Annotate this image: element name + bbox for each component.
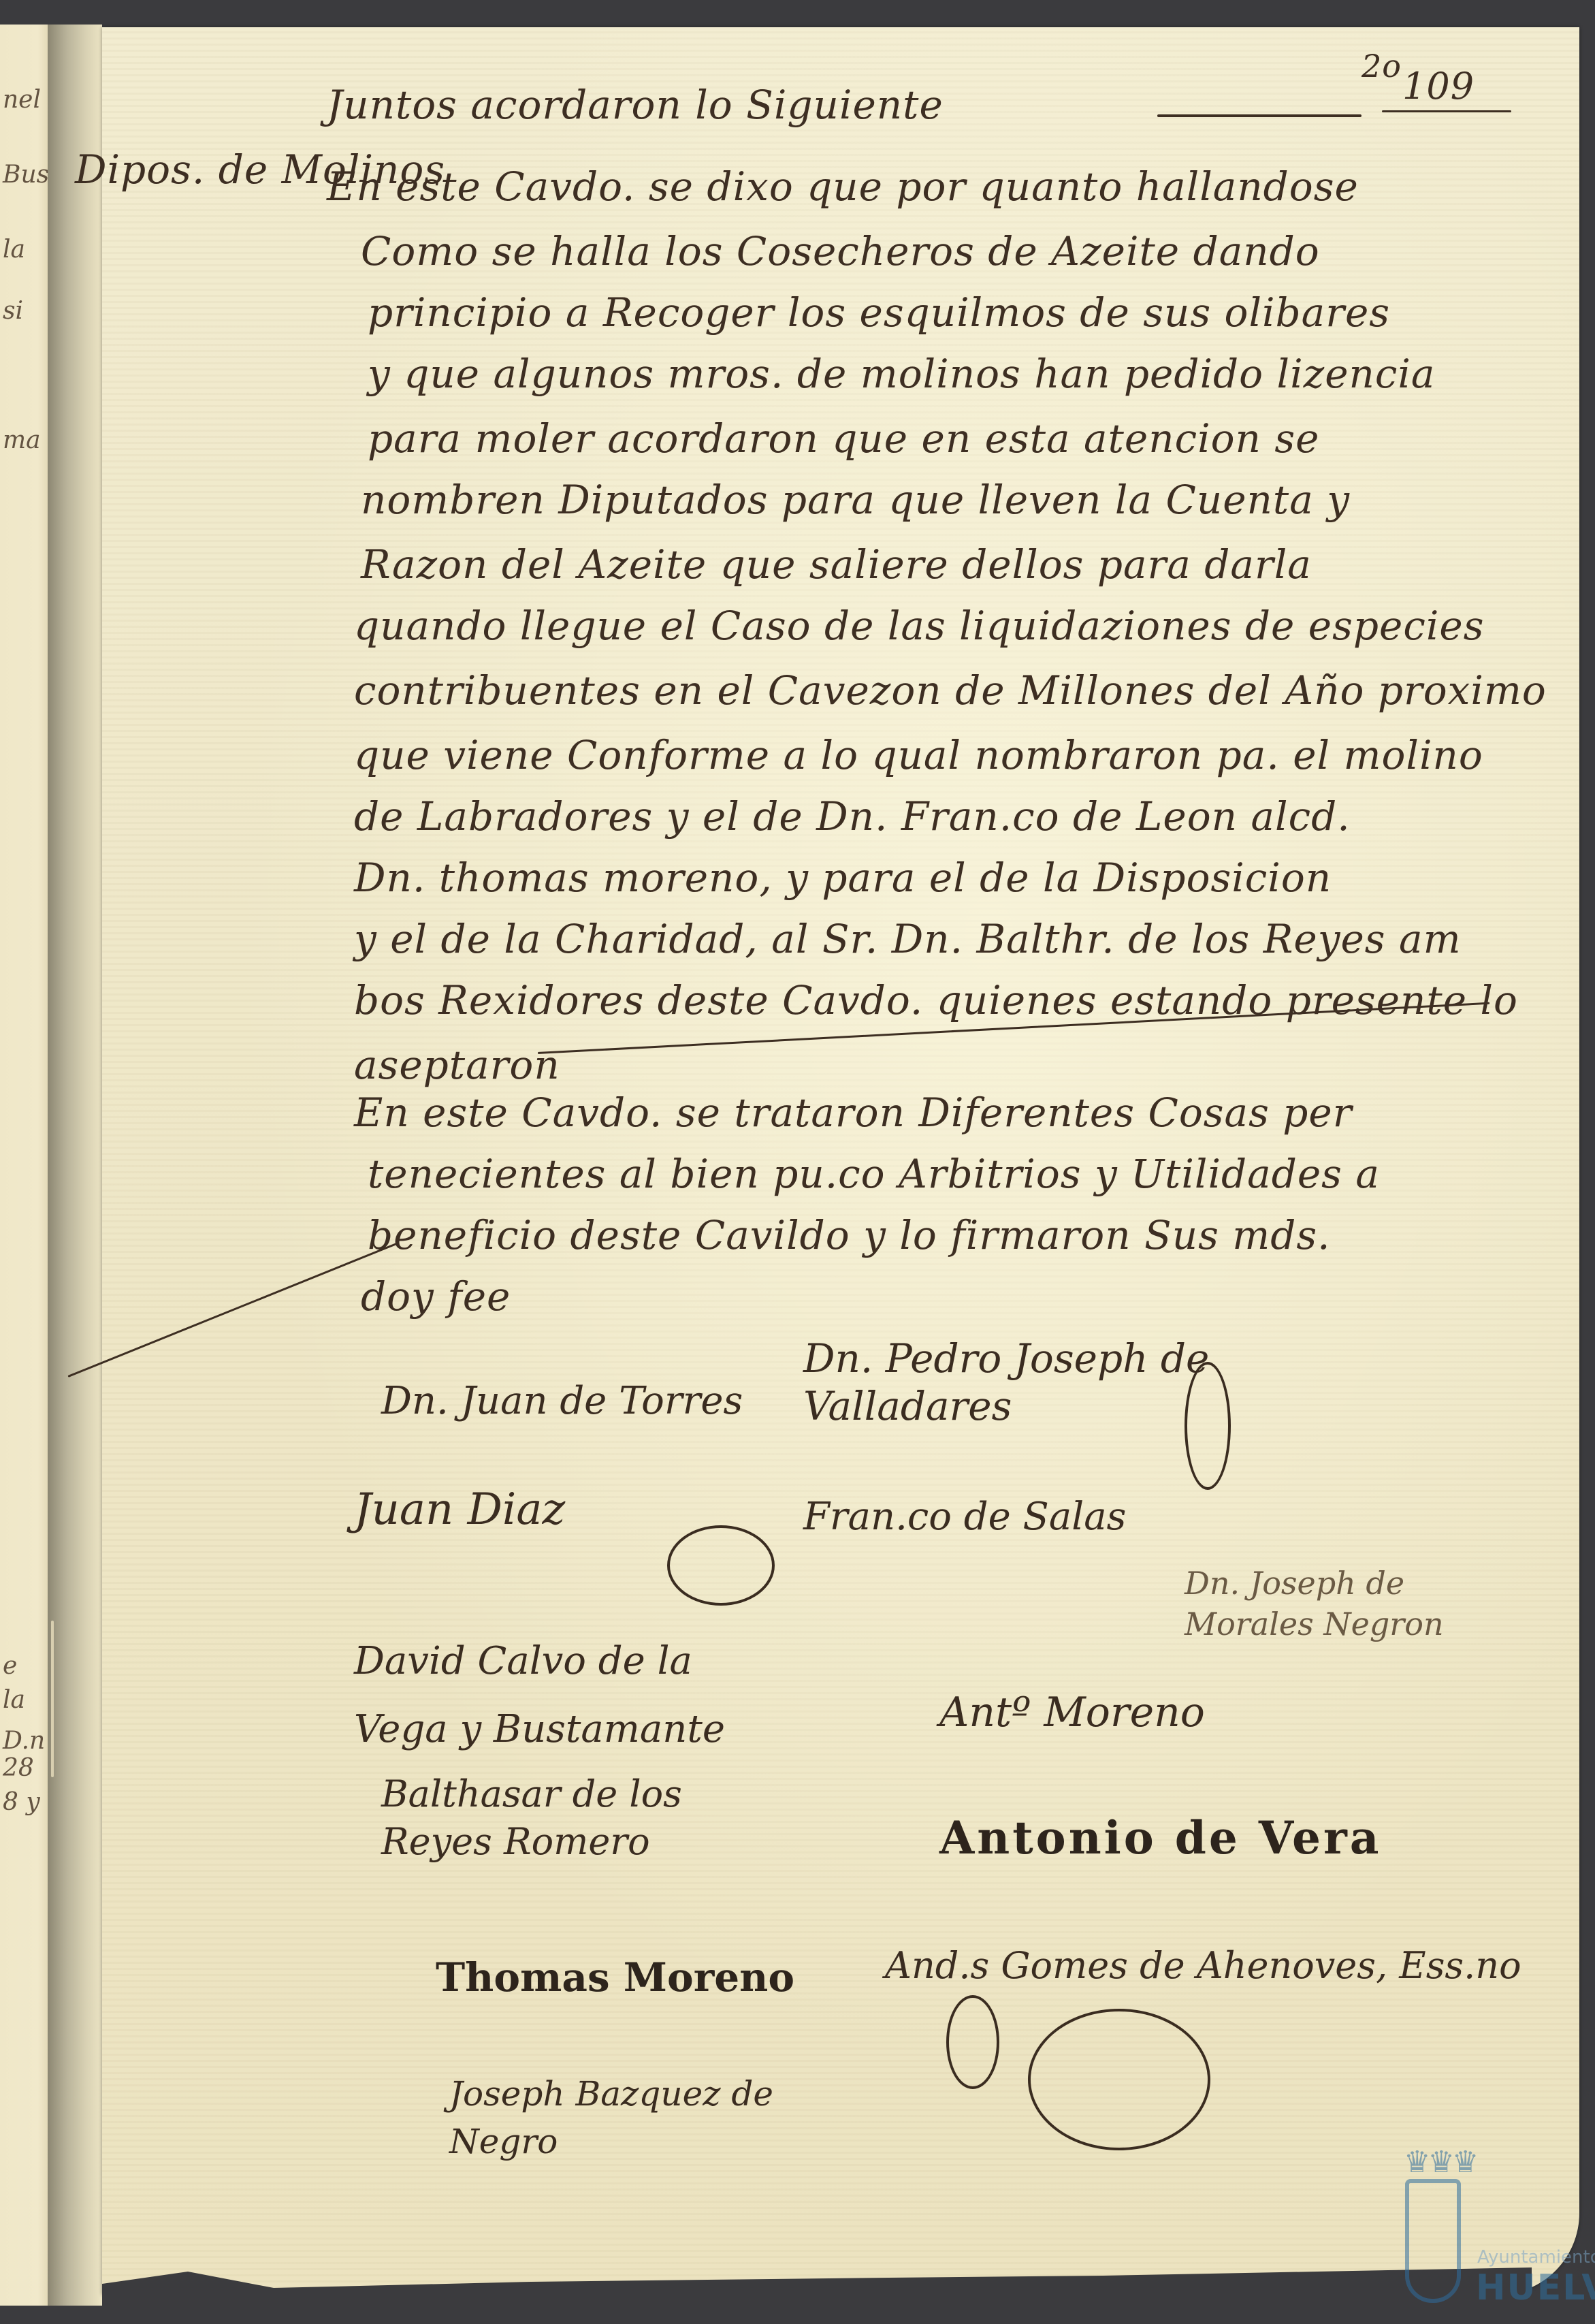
signature: Juan Diaz: [354, 1484, 565, 1535]
text-line: bos Rexidores deste Cavdo. quienes estan…: [354, 977, 1518, 1023]
signature: Balthasar de los Reyes Romero: [381, 1770, 762, 1866]
left-fragment: Bus: [3, 161, 49, 189]
signature-rubric: [1185, 1362, 1231, 1490]
folio-number: 109: [1402, 65, 1475, 108]
folio-annotation: 2o: [1362, 48, 1402, 84]
left-fragment: D.n: [3, 1727, 45, 1755]
text-line: y que algunos mros. de molinos han pedid…: [368, 351, 1435, 397]
line-filler-rule: [1157, 114, 1362, 117]
text-line: Como se halla los Cosecheros de Azeite d…: [361, 228, 1320, 274]
text-line: Juntos acordaron lo Siguiente: [327, 82, 944, 128]
left-fragment: la: [3, 1686, 25, 1714]
text-line: y el de la Charidad, al Sr. Dn. Balthr. …: [354, 916, 1462, 962]
left-fragment: la: [3, 236, 25, 264]
text-line: beneficio deste Cavildo y lo firmaron Su…: [368, 1212, 1331, 1258]
left-fragment: 28: [3, 1754, 34, 1782]
signature-rubric: [1028, 2009, 1210, 2150]
text-line: doy fee: [361, 1273, 511, 1320]
previous-folio-edge: nel Bus la si ma e la D.n 28 8 y: [0, 25, 49, 2306]
coat-of-arms-icon: ♛♛♛: [1404, 2145, 1476, 2180]
signature: And.s Gomes de Ahenoves, Ess.no: [885, 1944, 1521, 1987]
text-line: En este Cavdo. se trataron Diferentes Co…: [354, 1089, 1352, 1136]
signature: Thomas Moreno: [436, 1954, 794, 2001]
signature: Fran.co de Salas: [803, 1495, 1126, 1539]
signature: Antonio de Vera: [939, 1811, 1382, 1864]
text-line: nombren Diputados para que lleven la Cue…: [361, 477, 1350, 523]
watermark-small-text: Ayuntamiento: [1477, 2247, 1595, 2267]
left-fragment: nel: [3, 86, 41, 114]
text-line: Razon del Azeite que saliere dellos para…: [361, 541, 1312, 588]
left-fragment: si: [3, 297, 23, 325]
text-line: Dn. thomas moreno, y para el de la Dispo…: [354, 855, 1332, 901]
text-line: principio a Recoger los esquilmos de sus…: [368, 289, 1390, 336]
folio-underline: [1382, 110, 1511, 112]
signature-rubric: [946, 1995, 999, 2089]
text-line: de Labradores y el de Dn. Fran.co de Leo…: [354, 793, 1351, 840]
signature: Antº Moreno: [939, 1689, 1205, 1736]
binding-gutter: [48, 25, 102, 2306]
left-fragment: e: [3, 1652, 17, 1680]
shield-icon: [1405, 2179, 1461, 2303]
signature: Joseph Bazquez de Negro: [449, 2070, 776, 2165]
signature: David Calvo de la Vega y Bustamante: [354, 1627, 776, 1764]
left-fragment: ma: [3, 426, 41, 454]
left-fragment: 8 y: [3, 1788, 40, 1816]
text-line: aseptaron: [354, 1042, 560, 1088]
signature: Dn. Joseph de Morales Negron: [1185, 1563, 1511, 1644]
text-line: para moler acordaron que en esta atencio…: [368, 415, 1319, 462]
text-line: En este Cavdo. se dixo que por quanto ha…: [327, 163, 1359, 210]
watermark-big-text: HUELVA: [1476, 2267, 1595, 2308]
archive-watermark: ♛♛♛ Ayuntamiento HUELVA: [1402, 2145, 1573, 2315]
text-line: quando llegue el Caso de las liquidazion…: [354, 603, 1484, 649]
text-line: tenecientes al bien pu.co Arbitrios y Ut…: [368, 1151, 1380, 1197]
text-line: que viene Conforme a lo qual nombraron p…: [354, 732, 1483, 778]
signature: Dn. Juan de Torres: [381, 1379, 743, 1423]
binding-thread: [51, 1621, 54, 1777]
text-line: contribuentes en el Cavezon de Millones …: [354, 667, 1547, 714]
signature-rubric: [667, 1525, 775, 1606]
